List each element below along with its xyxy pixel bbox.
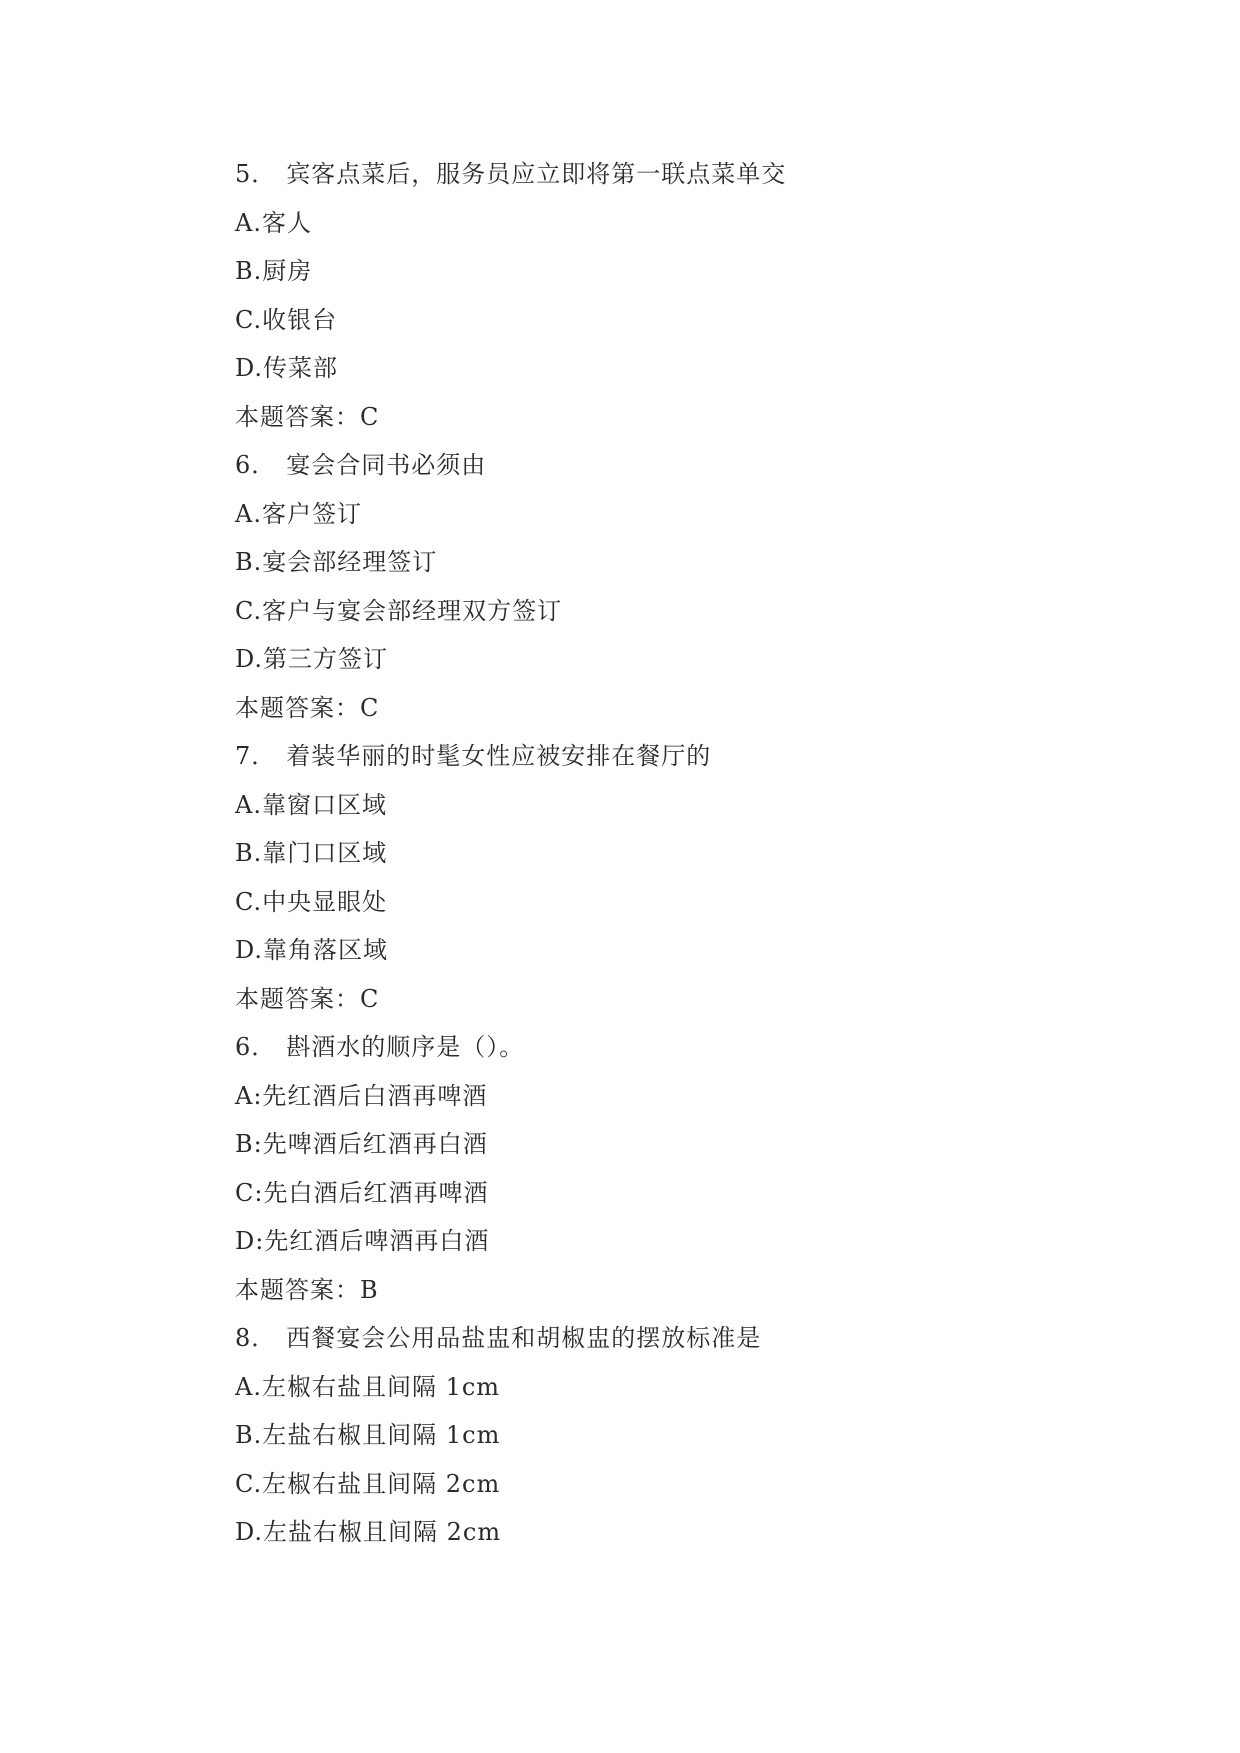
question-number: 6． [235,1033,276,1061]
option-a: A.客人 [235,199,786,248]
question-6: 6．宴会合同书必须由 [235,441,786,490]
option-a: A.靠窗口区域 [235,781,786,830]
question-text: 宾客点菜后，服务员应立即将第一联点菜单交 [286,160,786,188]
option-d: D:先红酒后啤酒再白酒 [235,1217,786,1266]
option-d: D.左盐右椒且间隔 2cm [235,1508,786,1557]
question-8: 8．西餐宴会公用品盐盅和胡椒盅的摆放标准是 [235,1314,786,1363]
option-d: D.靠角落区域 [235,926,786,975]
question-number: 5． [235,160,276,188]
answer: 本题答案：C [235,684,786,733]
question-number: 6． [235,451,276,479]
question-list: 5．宾客点菜后，服务员应立即将第一联点菜单交 A.客人 B.厨房 C.收银台 D… [235,150,786,1557]
option-b: B.厨房 [235,247,786,296]
question-text: 着装华丽的时髦女性应被安排在餐厅的 [286,742,711,770]
option-c: C:先白酒后红酒再啤酒 [235,1169,786,1218]
question-number: 8． [235,1324,276,1352]
answer: 本题答案：C [235,975,786,1024]
document-page: 5．宾客点菜后，服务员应立即将第一联点菜单交 A.客人 B.厨房 C.收银台 D… [0,0,1240,1753]
option-a: A:先红酒后白酒再啤酒 [235,1072,786,1121]
option-d: D.第三方签订 [235,635,786,684]
option-b: B:先啤酒后红酒再白酒 [235,1120,786,1169]
question-number: 7． [235,742,276,770]
answer: 本题答案：C [235,393,786,442]
option-b: B.宴会部经理签订 [235,538,786,587]
option-b: B.靠门口区域 [235,829,786,878]
question-5: 5．宾客点菜后，服务员应立即将第一联点菜单交 [235,150,786,199]
question-text: 西餐宴会公用品盐盅和胡椒盅的摆放标准是 [286,1324,761,1352]
option-a: A.客户签订 [235,490,786,539]
option-d: D.传菜部 [235,344,786,393]
answer: 本题答案：B [235,1266,786,1315]
option-c: C.客户与宴会部经理双方签订 [235,587,786,636]
question-text: 宴会合同书必须由 [286,451,486,479]
question-7: 7．着装华丽的时髦女性应被安排在餐厅的 [235,732,786,781]
option-c: C.中央显眼处 [235,878,786,927]
option-b: B.左盐右椒且间隔 1cm [235,1411,786,1460]
option-a: A.左椒右盐且间隔 1cm [235,1363,786,1412]
option-c: C.收银台 [235,296,786,345]
question-6-wine: 6．斟酒水的顺序是（）。 [235,1023,786,1072]
option-c: C.左椒右盐且间隔 2cm [235,1460,786,1509]
question-text: 斟酒水的顺序是（）。 [286,1033,524,1061]
